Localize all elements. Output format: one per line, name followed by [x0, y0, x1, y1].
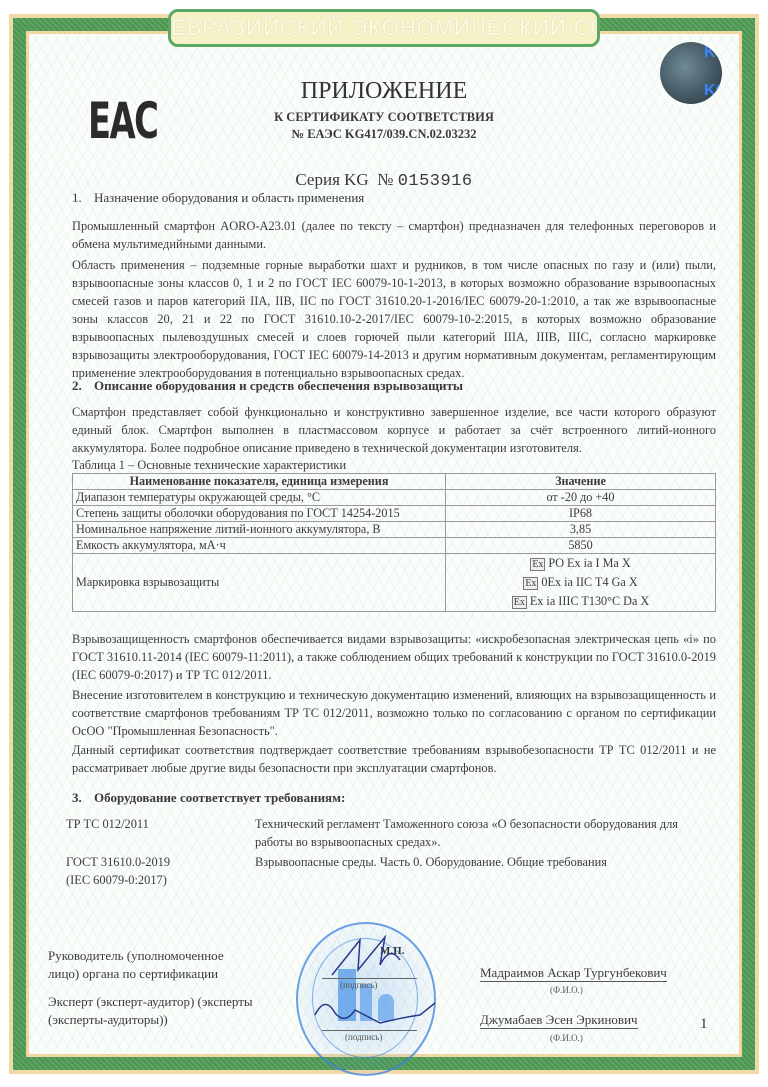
- signature-caption: (подпись): [340, 980, 377, 990]
- expert-label: Эксперт (эксперт-аудитор) (эксперты (экс…: [48, 993, 278, 1029]
- table-cell-marking: ExPO Ex ia I Ma X Ex0Ex ia IIC T4 Ga X E…: [446, 554, 716, 612]
- section-2-paragraph-2: Взрывозащищенность смартфонов обеспечива…: [72, 630, 716, 684]
- table-row: Емкость аккумулятора, мА·ч 5850: [73, 538, 716, 554]
- table-header-name: Наименование показателя, единица измерен…: [73, 474, 446, 490]
- signature-head-icon: [330, 935, 420, 980]
- page-title: ПРИЛОЖЕНИЕ: [0, 78, 768, 105]
- ex-mark-icon: Ex: [512, 596, 527, 609]
- table-row: Диапазон температуры окружающей среды, °…: [73, 490, 716, 506]
- section-1-paragraph-2: Область применения – подземные горные вы…: [72, 256, 716, 382]
- expert-name: Джумабаев Эсен Эркинович: [480, 1012, 638, 1029]
- section-title: Оборудование соответствует требованиям:: [94, 790, 345, 805]
- certificate-number: № ЕАЭС KG417/039.CN.02.03232: [0, 127, 768, 142]
- table-cell-value: от -20 до +40: [446, 490, 716, 506]
- table-caption: Таблица 1 – Основные технические характе…: [72, 458, 346, 473]
- standard-description: Технический регламент Таможенного союза …: [255, 815, 695, 851]
- table-header-value: Значение: [446, 474, 716, 490]
- ex-mark-icon: Ex: [523, 577, 538, 590]
- section-2-paragraph-4: Данный сертификат соответствия подтвержд…: [72, 741, 716, 777]
- standard-code: ГОСТ 31610.0-2019 (IEC 60079-0:2017): [66, 853, 196, 889]
- table-cell-name: Номинальное напряжение литий-ионного акк…: [73, 522, 446, 538]
- specs-table: Наименование показателя, единица измерен…: [72, 473, 716, 612]
- signature-expert-icon: [310, 995, 440, 1030]
- signature-line: [322, 1030, 417, 1031]
- marking-value: PO Ex ia I Ma X: [548, 556, 630, 570]
- table-cell-name: Степень защиты оболочки оборудования по …: [73, 506, 446, 522]
- marking-value: Ex ia IIIC T130°C Da X: [530, 594, 649, 608]
- signature-caption: (подпись): [345, 1032, 382, 1042]
- table-cell-name: Диапазон температуры окружающей среды, °…: [73, 490, 446, 506]
- head-name: Мадраимов Аскар Тургунбекович: [480, 965, 667, 982]
- section-number: 3.: [72, 790, 94, 806]
- section-number: 2.: [72, 378, 94, 394]
- union-banner: ЕВРАЗИЙСКИЙ ЭКОНОМИЧЕСКИЙ СОЮЗ: [168, 9, 600, 47]
- expert-fio-caption: (Ф.И.О.): [550, 1033, 583, 1043]
- section-2-heading: 2.Описание оборудования и средств обеспе…: [72, 378, 463, 394]
- section-1-heading: 1.Назначение оборудования и область прим…: [72, 190, 364, 206]
- section-3-heading: 3.Оборудование соответствует требованиям…: [72, 790, 345, 806]
- section-2-paragraph-1: Смартфон представляет собой функциональн…: [72, 403, 716, 457]
- series-value: 0153916: [398, 172, 473, 191]
- page-number: 1: [700, 1016, 708, 1033]
- ex-mark-icon: Ex: [530, 558, 545, 571]
- table-cell-value: 3,85: [446, 522, 716, 538]
- table-cell-name: Маркировка взрывозащиты: [73, 554, 446, 612]
- table-cell-name: Емкость аккумулятора, мА·ч: [73, 538, 446, 554]
- marking-value: 0Ex ia IIC T4 Ga X: [541, 575, 637, 589]
- section-2-paragraph-3: Внесение изготовителем в конструкцию и т…: [72, 686, 716, 740]
- page-subtitle: К СЕРТИФИКАТУ СООТВЕТСТВИЯ: [0, 110, 768, 125]
- section-title: Описание оборудования и средств обеспече…: [94, 378, 463, 393]
- table-header-row: Наименование показателя, единица измерен…: [73, 474, 716, 490]
- series-number: Серия KG № 0153916: [0, 170, 768, 191]
- head-label: Руководитель (уполномоченное лицо) орган…: [48, 947, 248, 983]
- table-cell-value: IP68: [446, 506, 716, 522]
- standard-description: Взрывоопасные среды. Часть 0. Оборудован…: [255, 853, 695, 871]
- section-number: 1.: [72, 190, 94, 206]
- table-row-marking: Маркировка взрывозащиты ExPO Ex ia I Ma …: [73, 554, 716, 612]
- section-1-paragraph-1: Промышленный смартфон AORO-A23.01 (далее…: [72, 217, 716, 253]
- section-title: Назначение оборудования и область примен…: [94, 190, 364, 205]
- table-row: Степень защиты оболочки оборудования по …: [73, 506, 716, 522]
- standard-code: ТР ТС 012/2011: [66, 815, 186, 833]
- series-label: Серия KG №: [295, 170, 393, 189]
- table-cell-value: 5850: [446, 538, 716, 554]
- table-row: Номинальное напряжение литий-ионного акк…: [73, 522, 716, 538]
- head-fio-caption: (Ф.И.О.): [550, 985, 583, 995]
- hologram-text: KG: [704, 44, 722, 62]
